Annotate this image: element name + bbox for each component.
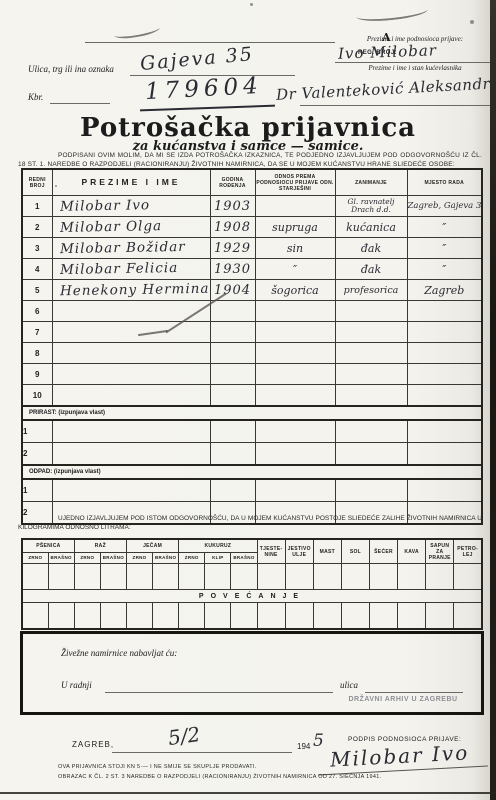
supply-cell: [257, 603, 285, 630]
member-year-cell: [210, 364, 255, 385]
member-relation: supruga: [272, 221, 318, 234]
povecanje-label: POVEĆANJE: [22, 590, 482, 603]
supply-cell: [205, 603, 231, 630]
member-year-cell: [210, 301, 255, 322]
empty-cell: [210, 479, 255, 502]
fine-print-line-2: OBRAZAC K ČL. 2 ST. 3 NAREDBE O RAZPODJE…: [58, 773, 381, 782]
supplies-intro-text: UJEDNO IZJAVLJUJEM POD ISTOM ODGOVORNOŠĆ…: [18, 514, 482, 532]
supply-cell: [126, 603, 152, 630]
sub-zrno: ZRNO: [126, 553, 152, 564]
col-kukuruz: KUKURUZ: [179, 539, 257, 553]
member-year: 1929: [214, 241, 251, 256]
supply-cell: [341, 564, 369, 590]
kbr-line: [50, 103, 110, 104]
row-number: 5: [22, 280, 52, 301]
supply-cell: [48, 564, 74, 590]
member-name-cell: [52, 322, 210, 343]
supply-cell: [231, 564, 257, 590]
member-row: 6: [22, 301, 482, 322]
supply-cell: [22, 564, 48, 590]
supply-cell: [313, 564, 341, 590]
member-relation-cell: [255, 322, 335, 343]
sub-brasno: BRAŠNO: [100, 553, 126, 564]
supply-cell: [454, 603, 482, 630]
member-row: 9: [22, 364, 482, 385]
applicant-line: [335, 62, 490, 63]
date-handwritten: 5/2: [166, 722, 201, 750]
member-workplace-cell: [407, 322, 482, 343]
scan-speck: [470, 20, 474, 24]
row-number: 4: [22, 259, 52, 280]
row-number: 1: [22, 196, 52, 217]
odpad-note: (izpunjava vlast): [54, 469, 101, 475]
member-name: Milobar Božidar: [59, 239, 185, 257]
member-workplace-cell: Zagreb, Gajeva 35: [407, 196, 482, 217]
reg-broj-underline: [140, 105, 275, 112]
fine-print-line-1: OVA PRIJAVNICA STOJI KN 5·— I NE SMIJE S…: [58, 763, 257, 772]
reg-broj-handwritten-value: 179604: [144, 73, 263, 105]
member-occupation-cell: [335, 385, 407, 407]
member-occupation-cell: [335, 364, 407, 385]
shop-radnji-label: U radnji: [61, 680, 92, 690]
odpad-label: ODPAD:: [29, 469, 52, 475]
member-year-cell: [210, 385, 255, 407]
member-workplace: ″: [442, 221, 446, 234]
col-redni-broj: REDNI BROJ: [22, 169, 52, 196]
member-occupation-cell: [335, 322, 407, 343]
col-jecam: JEČAM: [126, 539, 178, 553]
sub-brasno: BRAŠNO: [48, 553, 74, 564]
supply-cell: [341, 603, 369, 630]
member-name-cell: Milobar Felicia: [52, 259, 210, 280]
sub-klip: KLIP: [205, 553, 231, 564]
odpad-row: 1: [22, 479, 482, 502]
scanned-form-page: A REG. BROJ: Prezime i ime podnosioca pr…: [0, 0, 496, 800]
member-workplace-cell: [407, 301, 482, 322]
member-workplace: Zagreb, Gajeva 35: [408, 201, 483, 211]
empty-cell: [255, 420, 335, 443]
member-relation-cell: [255, 343, 335, 364]
member-workplace: ″: [442, 242, 446, 255]
sub-zrno: ZRNO: [179, 553, 205, 564]
shop-heading: Živežne namirnice nabavljat ću:: [61, 648, 177, 658]
row-number: 1: [22, 479, 52, 502]
supply-cell: [126, 564, 152, 590]
member-relation-cell: sin: [255, 238, 335, 259]
scan-edge-bottom: [0, 792, 496, 794]
member-workplace: Zagreb: [424, 284, 464, 297]
member-occupation: đak: [361, 242, 381, 255]
supply-cell: [153, 564, 179, 590]
supply-cell: [153, 603, 179, 630]
supply-cell: [285, 564, 313, 590]
member-year-cell: 1929: [210, 238, 255, 259]
empty-cell: [52, 420, 210, 443]
supply-cell: [179, 564, 205, 590]
col-mjesto-rada: MJESTO RADA: [407, 169, 482, 196]
landlord-label: Prezime i ime i stan kućevlasnika: [345, 64, 485, 72]
member-occupation: kućanica: [346, 221, 396, 234]
scan-speck: [55, 185, 57, 187]
landlord-line: [300, 105, 490, 106]
member-workplace-cell: [407, 343, 482, 364]
member-name-cell: Milobar Božidar: [52, 238, 210, 259]
kbr-label: Kbr.: [28, 92, 43, 102]
member-year: 1930: [214, 262, 251, 277]
member-name-cell: Milobar Ivo: [52, 196, 210, 217]
empty-cell: [255, 443, 335, 466]
member-workplace-cell: Zagreb: [407, 280, 482, 301]
empty-top-field-line: [85, 42, 335, 43]
member-relation-cell: [255, 196, 335, 217]
member-occupation-cell: [335, 343, 407, 364]
supply-cell: [74, 603, 100, 630]
sub-brasno: BRAŠNO: [153, 553, 179, 564]
member-relation: ″: [293, 263, 297, 276]
member-workplace-cell: ″: [407, 238, 482, 259]
prirast-row: 1: [22, 420, 482, 443]
member-occupation-cell: kućanica: [335, 217, 407, 238]
col-raz: RAŽ: [74, 539, 126, 553]
supplies-empty-row: [22, 603, 482, 630]
member-occupation-cell: đak: [335, 238, 407, 259]
ink-smudge: [355, 2, 428, 23]
empty-cell: [210, 443, 255, 466]
prirast-note: (izpunjava vlast): [58, 410, 105, 416]
member-year-cell: [210, 343, 255, 364]
empty-cell: [335, 420, 407, 443]
members-header-row: REDNI BROJ PREZIME I IME GODINA ROĐENJA …: [22, 169, 482, 196]
sub-brasno: BRAŠNO: [231, 553, 257, 564]
member-year-cell: 1930: [210, 259, 255, 280]
member-year-cell: [210, 322, 255, 343]
row-number: 8: [22, 343, 52, 364]
col-secer: ŠEĆER: [369, 539, 397, 564]
col-sol: SOL: [341, 539, 369, 564]
row-number: 7: [22, 322, 52, 343]
member-name-cell: [52, 385, 210, 407]
year-printed: 194: [297, 742, 310, 751]
member-year: 1908: [214, 220, 251, 235]
applicant-handwritten-name: Ivo Milobar: [338, 41, 437, 62]
member-name: Milobar Felicia: [59, 260, 177, 278]
household-members-table: REDNI BROJ PREZIME I IME GODINA ROĐENJA …: [21, 168, 483, 525]
row-number: 3: [22, 238, 52, 259]
member-workplace-cell: [407, 385, 482, 407]
supply-cell: [179, 603, 205, 630]
col-petrolej: PETRO-LEJ: [454, 539, 482, 564]
row-number: 1: [22, 420, 52, 443]
member-row: 4 Milobar Felicia 1930 ″ đak ″: [22, 259, 482, 280]
shop-ulica-label: ulica: [340, 680, 358, 690]
shop-street-line: [365, 692, 463, 693]
col-godina-rodjenja: GODINA ROĐENJA: [210, 169, 255, 196]
supplies-empty-row: [22, 564, 482, 590]
member-relation-cell: [255, 364, 335, 385]
col-mast: MAST: [313, 539, 341, 564]
member-occupation-cell: [335, 301, 407, 322]
empty-cell: [210, 420, 255, 443]
member-row: 5 Henekony Hermina 1904 šogorica profeso…: [22, 280, 482, 301]
landlord-handwritten-name: Dr Valenteković Aleksandra: [276, 74, 496, 104]
supply-cell: [100, 564, 126, 590]
supply-cell: [22, 603, 48, 630]
empty-cell: [52, 479, 210, 502]
member-relation: sin: [287, 242, 303, 255]
empty-cell: [407, 479, 482, 502]
member-relation-cell: ″: [255, 259, 335, 280]
empty-cell: [255, 479, 335, 502]
prirast-band: PRIRAST: (izpunjava vlast): [22, 406, 482, 420]
shop-declaration-box: Živežne namirnice nabavljat ću: U radnji…: [20, 631, 484, 715]
col-tjestenine: TJESTE-NINE: [257, 539, 285, 564]
row-number: 10: [22, 385, 52, 407]
city-label: ZAGREB,: [72, 740, 114, 749]
supply-cell: [48, 603, 74, 630]
member-year-cell: 1903: [210, 196, 255, 217]
row-number: 2: [22, 217, 52, 238]
declaration-text: PODPISANI OVIM MOLIM, DA MI SE IZDA POTR…: [18, 151, 482, 169]
supply-cell: [205, 564, 231, 590]
supply-cell: [285, 603, 313, 630]
member-name-cell: Milobar Olga: [52, 217, 210, 238]
member-name: Milobar Olga: [59, 218, 161, 236]
sub-zrno: ZRNO: [74, 553, 100, 564]
prirast-label: PRIRAST:: [29, 410, 57, 416]
member-workplace-cell: ″: [407, 217, 482, 238]
supply-cell: [100, 603, 126, 630]
supply-cell: [454, 564, 482, 590]
member-occupation: đak: [361, 263, 381, 276]
year-handwritten: 5: [313, 731, 324, 751]
member-relation: šogorica: [271, 284, 318, 297]
supply-cell: [426, 564, 454, 590]
supply-cell: [74, 564, 100, 590]
supply-cell: [231, 603, 257, 630]
supply-cell: [426, 603, 454, 630]
ink-smudge: [113, 22, 160, 41]
sub-zrno: ZRNO: [22, 553, 48, 564]
member-occupation-cell: đak: [335, 259, 407, 280]
empty-cell: [52, 443, 210, 466]
date-line: [112, 752, 292, 753]
empty-cell: [335, 479, 407, 502]
supply-cell: [257, 564, 285, 590]
member-name-cell: [52, 364, 210, 385]
supply-cell: [398, 603, 426, 630]
member-relation-cell: [255, 385, 335, 407]
empty-cell: [407, 443, 482, 466]
member-name: Henekony Hermina: [59, 281, 209, 300]
street-label: Ulica, trg ili ina oznaka: [28, 64, 114, 74]
member-name-cell: Henekony Hermina: [52, 280, 210, 301]
member-occupation-cell: profesorica: [335, 280, 407, 301]
supplies-table: PŠENICA RAŽ JEČAM KUKURUZ TJESTE-NINE JE…: [21, 538, 483, 630]
member-relation-cell: supruga: [255, 217, 335, 238]
member-workplace-cell: [407, 364, 482, 385]
member-row: 1 Milobar Ivo 1903 Gl. ravnatelj Drach d…: [22, 196, 482, 217]
member-relation-cell: [255, 301, 335, 322]
supply-cell: [313, 603, 341, 630]
col-jestivo-ulje: JESTIVO ULJE: [285, 539, 313, 564]
scan-edge-right: [490, 0, 496, 800]
member-row: 7: [22, 322, 482, 343]
member-row: 8: [22, 343, 482, 364]
member-row: 2 Milobar Olga 1908 supruga kućanica ″: [22, 217, 482, 238]
member-name-cell: [52, 343, 210, 364]
member-year: 1903: [214, 199, 251, 214]
supply-cell: [369, 564, 397, 590]
supply-cell: [369, 603, 397, 630]
col-zanimanje: ZANIMANJE: [335, 169, 407, 196]
member-name: Milobar Ivo: [59, 197, 149, 215]
row-number: 9: [22, 364, 52, 385]
col-prezime-ime: PREZIME I IME: [52, 169, 210, 196]
shop-name-line: [105, 692, 333, 693]
member-relation-cell: šogorica: [255, 280, 335, 301]
member-row: 3 Milobar Božidar 1929 sin đak ″: [22, 238, 482, 259]
member-workplace: ″: [442, 263, 446, 276]
povecanje-row: POVEĆANJE: [22, 590, 482, 603]
supplies-group-header-row: PŠENICA RAŽ JEČAM KUKURUZ TJESTE-NINE JE…: [22, 539, 482, 553]
member-occupation-cell: Gl. ravnatelj Drach d.d.: [335, 196, 407, 217]
col-odnos: ODNOS PREMA PODNOSIOCU PRIJAVE ODN. STAR…: [255, 169, 335, 196]
supply-cell: [398, 564, 426, 590]
scan-speck: [250, 3, 253, 6]
odpad-band-cell: ODPAD: (izpunjava vlast): [22, 465, 482, 479]
member-occupation: Gl. ravnatelj Drach d.d.: [336, 198, 407, 214]
street-handwritten-value: Gajeva 35: [139, 43, 254, 75]
archive-stamp: DRŽAVNI ARHIV U ZAGREBU: [313, 696, 493, 703]
member-occupation: profesorica: [344, 285, 399, 296]
member-year-cell: 1908: [210, 217, 255, 238]
row-number: 6: [22, 301, 52, 322]
col-psenica: PŠENICA: [22, 539, 74, 553]
member-row: 10: [22, 385, 482, 407]
empty-cell: [407, 420, 482, 443]
empty-cell: [335, 443, 407, 466]
prirast-row: 2: [22, 443, 482, 466]
col-kava: KAVA: [398, 539, 426, 564]
member-workplace-cell: ″: [407, 259, 482, 280]
col-sapun: SAPUN ZA PRANJE: [426, 539, 454, 564]
odpad-band: ODPAD: (izpunjava vlast): [22, 465, 482, 479]
row-number: 2: [22, 443, 52, 466]
prirast-band-cell: PRIRAST: (izpunjava vlast): [22, 406, 482, 420]
